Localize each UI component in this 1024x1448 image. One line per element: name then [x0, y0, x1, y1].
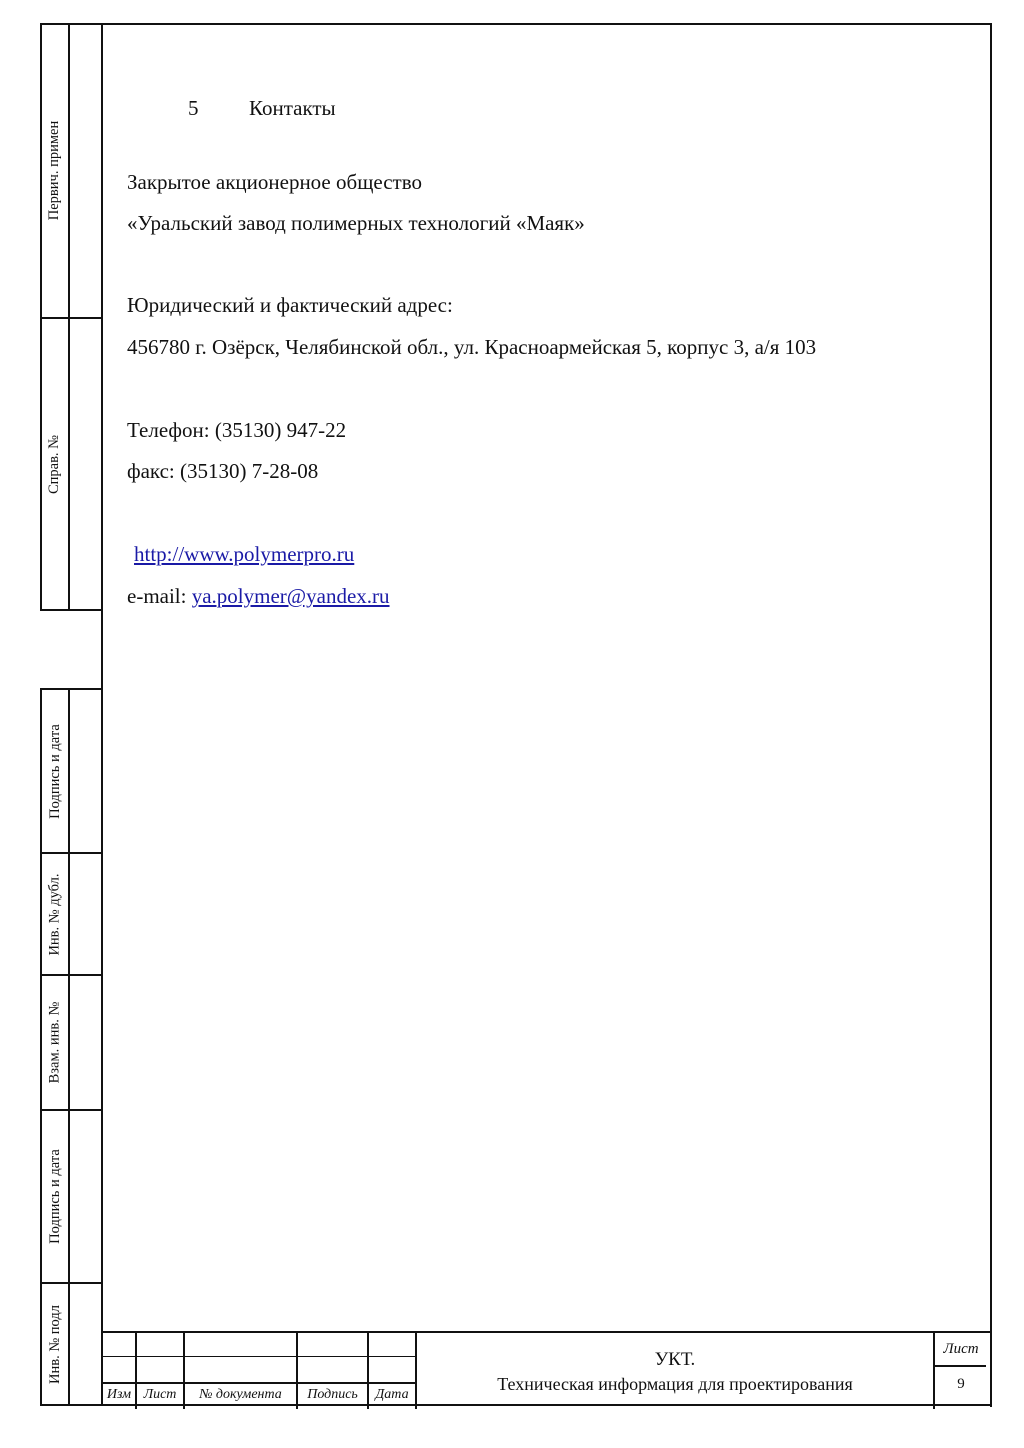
email-label: e-mail:	[127, 584, 192, 608]
company-type: Закрытое акционерное общество	[127, 172, 422, 193]
email-link[interactable]: ya.polymer@yandex.ru	[192, 584, 390, 608]
stamp-label-perv-primen: Первич. примен	[41, 23, 69, 317]
stamp-label-podpis-data-1: Подпись и дата	[41, 690, 69, 852]
tb-line	[934, 1365, 986, 1367]
tb-header-list: Лист	[137, 1388, 183, 1402]
email-row: e-mail: ya.polymer@yandex.ru	[127, 586, 390, 607]
stamp-label-sprav-no: Справ. №	[41, 319, 69, 609]
frame-right	[990, 23, 992, 1407]
stamp-line	[40, 609, 102, 611]
tb-line	[102, 1331, 990, 1333]
sheet-label: Лист	[935, 1342, 987, 1357]
section-number: 5	[188, 98, 199, 119]
website-row: http://www.polymerpro.ru	[134, 544, 354, 565]
fax: факс: (35130) 7-28-08	[127, 461, 318, 482]
website-link[interactable]: http://www.polymerpro.ru	[134, 542, 354, 566]
address-label: Юридический и фактический адрес:	[127, 295, 453, 316]
stamp-label-text: Инв. № подл	[47, 1305, 64, 1384]
stamp-label-vzam-inv: Взам. инв. №	[41, 976, 69, 1109]
tb-line	[415, 1331, 417, 1409]
stamp-label-text: Подпись и дата	[47, 1149, 64, 1244]
stamp-label-text: Инв. № дубл.	[47, 873, 64, 955]
tb-header-doc-no: № документа	[185, 1388, 296, 1402]
tb-header-izm: Изм	[103, 1388, 135, 1402]
doc-title: Техническая информация для проектировани…	[417, 1375, 933, 1393]
phone: Телефон: (35130) 947-22	[127, 420, 346, 441]
address-value: 456780 г. Озёрск, Челябинской обл., ул. …	[127, 337, 816, 358]
tb-header-data: Дата	[369, 1388, 415, 1402]
frame-top	[102, 23, 992, 25]
stamp-label-text: Взам. инв. №	[47, 1002, 64, 1084]
stamp-label-podpis-data-2: Подпись и дата	[41, 1111, 69, 1282]
tb-header-podpis: Подпись	[298, 1388, 367, 1402]
stamp-label-inv-dubl: Инв. № дубл.	[41, 854, 69, 974]
frame-left	[101, 23, 103, 1406]
section-title: Контакты	[249, 98, 336, 119]
company-name: «Уральский завод полимерных технологий «…	[127, 213, 585, 234]
doc-code: УКТ.	[417, 1350, 933, 1369]
stamp-label-inv-podl: Инв. № подл	[41, 1284, 69, 1404]
stamp-label-text: Подпись и дата	[47, 724, 64, 819]
stamp-label-text: Первич. примен	[47, 120, 64, 219]
stamp-label-text: Справ. №	[47, 434, 64, 493]
sheet-number: 9	[935, 1377, 987, 1392]
